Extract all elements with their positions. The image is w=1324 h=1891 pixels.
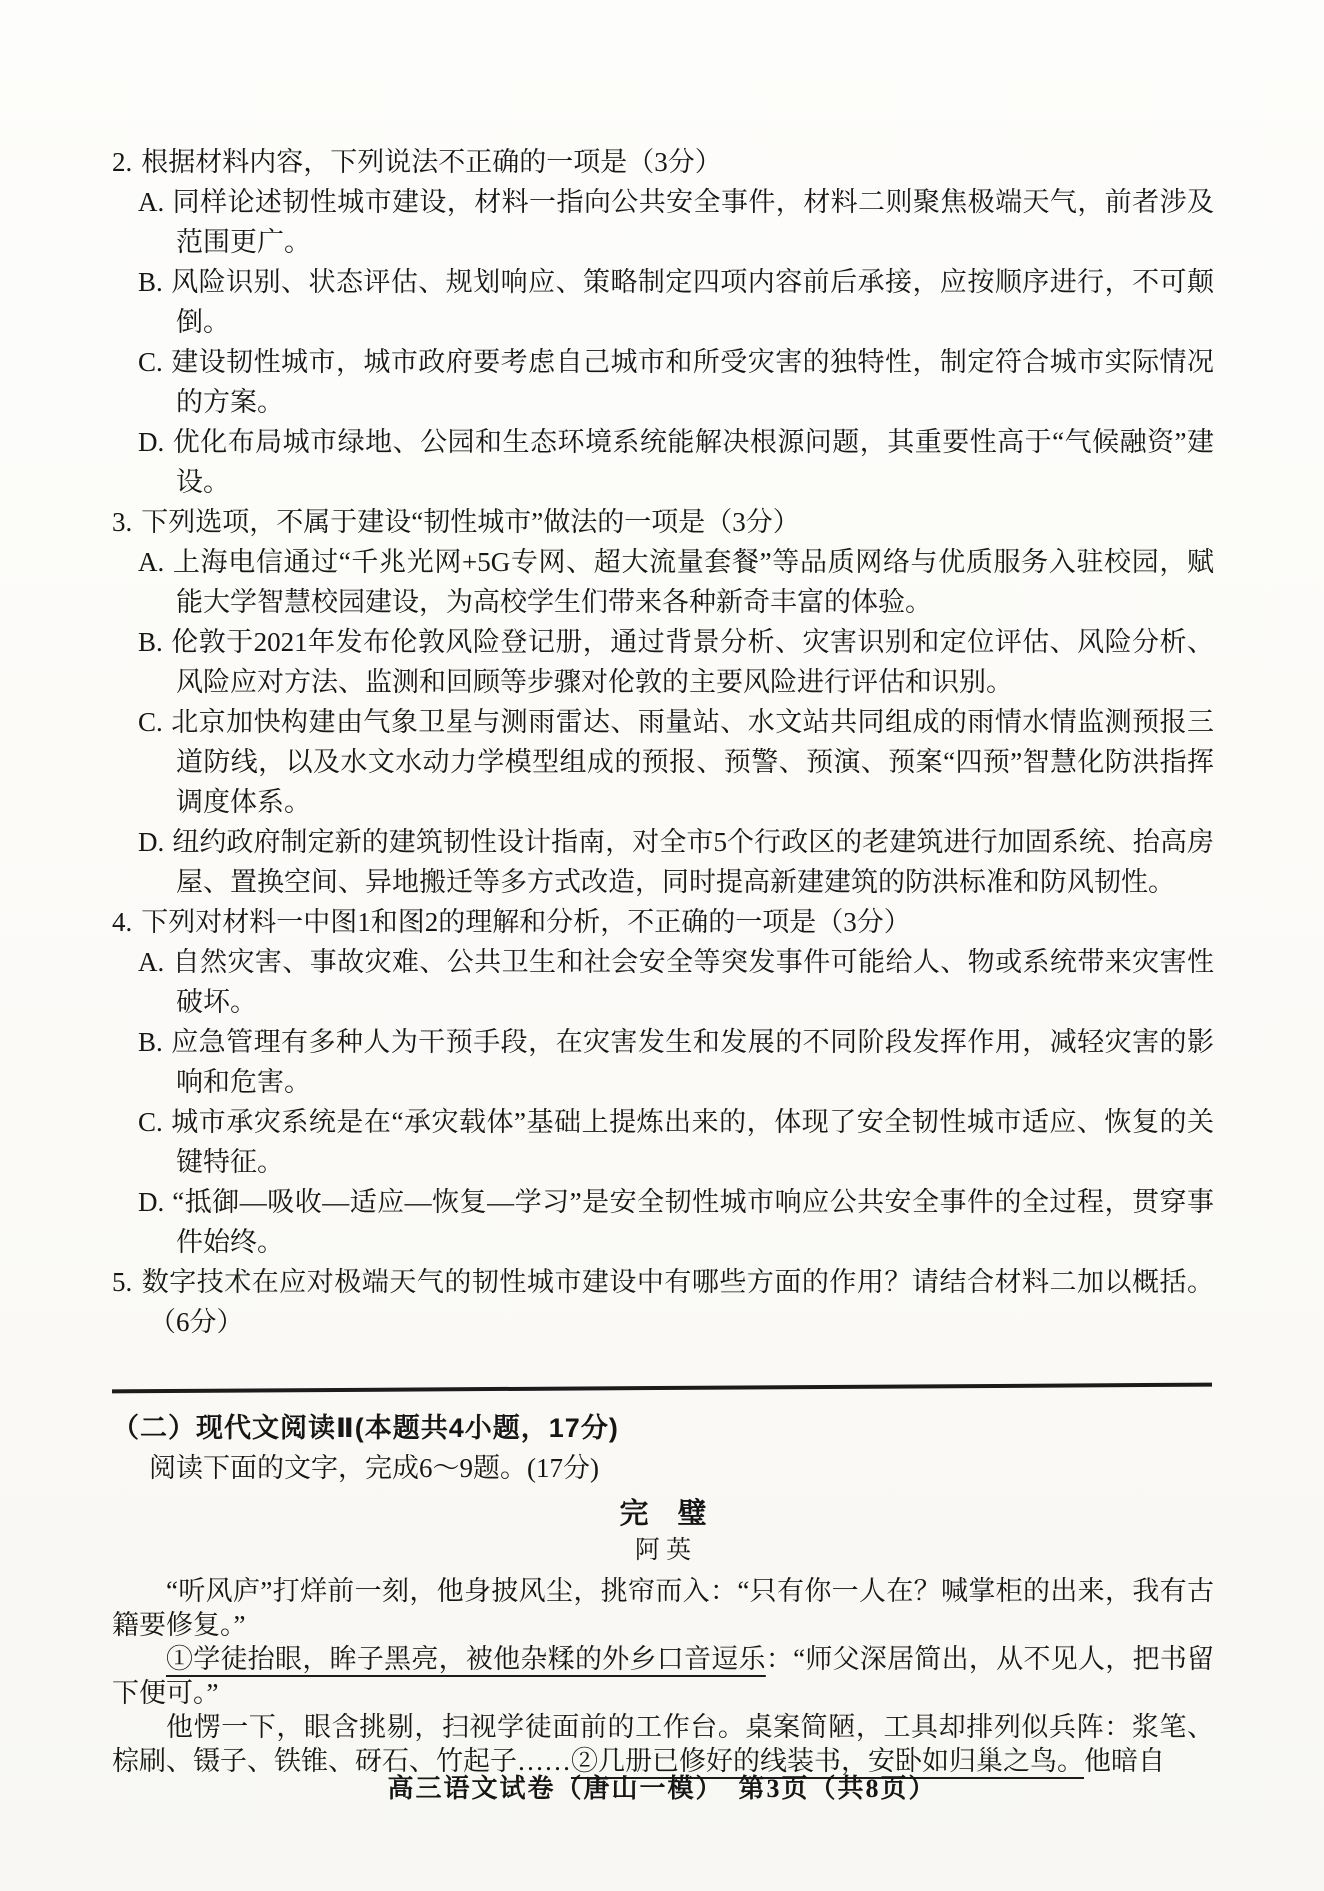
- option-text: 应急管理有多种人为干预手段，在灾害发生和发展的不同阶段发挥作用，减轻灾害的影响和…: [171, 1027, 1214, 1097]
- option-label: C.: [138, 1107, 163, 1137]
- exam-page: 2.根据材料内容，下列说法不正确的一项是（3分） A.同样论述韧性城市建设，材料…: [0, 0, 1324, 1891]
- question-4-option-a: A.自然灾害、事故灾难、公共卫生和社会安全等突发事件可能给人、物或系统带来灾害性…: [112, 942, 1214, 1022]
- question-number: 3.: [112, 507, 132, 537]
- question-2-option-c: C.建设韧性城市，城市政府要考虑自己城市和所受灾害的独特性，制定符合城市实际情况…: [112, 342, 1214, 422]
- question-3-stem: 3.下列选项，不属于建设“韧性城市”做法的一项是（3分）: [112, 502, 1214, 542]
- option-label: C.: [138, 707, 163, 737]
- question-number: 5.: [112, 1267, 132, 1297]
- option-label: A.: [138, 547, 164, 577]
- question-number: 4.: [112, 907, 132, 937]
- page-content: 2.根据材料内容，下列说法不正确的一项是（3分） A.同样论述韧性城市建设，材料…: [112, 142, 1214, 1778]
- question-4-option-d: D.“抵御—吸收—适应—恢复—学习”是安全韧性城市响应公共安全事件的全过程，贯穿…: [112, 1182, 1214, 1262]
- question-4-stem: 4.下列对材料一中图1和图2的理解和分析，不正确的一项是（3分）: [112, 902, 1214, 942]
- question-stem-text: 下列对材料一中图1和图2的理解和分析，不正确的一项是（3分）: [141, 907, 911, 937]
- option-text: 城市承灾系统是在“承灾载体”基础上提炼出来的，体现了安全韧性城市适应、恢复的关键…: [171, 1107, 1214, 1177]
- option-text: 风险识别、状态评估、规划响应、策略制定四项内容前后承接，应按顺序进行，不可颠倒。: [171, 267, 1214, 337]
- question-2-option-d: D.优化布局城市绿地、公园和生态环境系统能解决根源问题，其重要性高于“气候融资”…: [112, 422, 1214, 502]
- question-3: 3.下列选项，不属于建设“韧性城市”做法的一项是（3分） A.上海电信通过“千兆…: [112, 502, 1214, 902]
- passage-author: 阿 英: [112, 1534, 1214, 1568]
- passage-title: 完 璧: [112, 1494, 1214, 1534]
- option-label: B.: [138, 627, 163, 657]
- passage-paragraph-2: ①学徒抬眼，眸子黑亮，被他杂糅的外乡口音逗乐：“师父深居简出，从不见人，把书留下…: [112, 1642, 1214, 1710]
- option-text: 伦敦于2021年发布伦敦风险登记册，通过背景分析、灾害识别和定位评估、风险分析、…: [171, 627, 1214, 697]
- question-stem-text: 数字技术在应对极端天气的韧性城市建设中有哪些方面的作用？请结合材料二加以概括。（…: [141, 1267, 1214, 1337]
- question-2-option-a: A.同样论述韧性城市建设，材料一指向公共安全事件，材料二则聚焦极端天气，前者涉及…: [112, 182, 1214, 262]
- question-3-option-b: B.伦敦于2021年发布伦敦风险登记册，通过背景分析、灾害识别和定位评估、风险分…: [112, 622, 1214, 702]
- passage-paragraph-1: “听风庐”打烊前一刻，他身披风尘，挑帘而入：“只有你一人在？喊掌柜的出来，我有古…: [112, 1574, 1214, 1642]
- option-text: 优化布局城市绿地、公园和生态环境系统能解决根源问题，其重要性高于“气候融资”建设…: [172, 427, 1214, 497]
- option-text: 同样论述韧性城市建设，材料一指向公共安全事件，材料二则聚焦极端天气，前者涉及范围…: [172, 187, 1214, 257]
- section-heading: （二）现代文阅读Ⅱ(本题共4小题，17分): [112, 1408, 1214, 1448]
- reading-instruction: 阅读下面的文字，完成6～9题。(17分): [112, 1448, 1214, 1488]
- option-label: D.: [138, 827, 164, 857]
- question-2-stem: 2.根据材料内容，下列说法不正确的一项是（3分）: [112, 142, 1214, 182]
- option-text: “抵御—吸收—适应—恢复—学习”是安全韧性城市响应公共安全事件的全过程，贯穿事件…: [172, 1187, 1214, 1257]
- question-5-stem: 5.数字技术在应对极端天气的韧性城市建设中有哪些方面的作用？请结合材料二加以概括…: [112, 1262, 1214, 1342]
- choice-questions-section: 2.根据材料内容，下列说法不正确的一项是（3分） A.同样论述韧性城市建设，材料…: [112, 142, 1214, 1342]
- option-text: 建设韧性城市，城市政府要考虑自己城市和所受灾害的独特性，制定符合城市实际情况的方…: [171, 347, 1214, 417]
- option-label: D.: [138, 1187, 164, 1217]
- option-text: 自然灾害、事故灾难、公共卫生和社会安全等突发事件可能给人、物或系统带来灾害性破坏…: [172, 947, 1214, 1017]
- page-footer: 高三语文试卷（唐山一模） 第3页（共8页）: [0, 1768, 1324, 1805]
- question-4: 4.下列对材料一中图1和图2的理解和分析，不正确的一项是（3分） A.自然灾害、…: [112, 902, 1214, 1262]
- question-4-option-b: B.应急管理有多种人为干预手段，在灾害发生和发展的不同阶段发挥作用，减轻灾害的影…: [112, 1022, 1214, 1102]
- option-label: C.: [138, 347, 163, 377]
- option-text: 上海电信通过“千兆光网+5G专网、超大流量套餐”等品质网络与优质服务入驻校园，赋…: [172, 547, 1214, 617]
- option-label: B.: [138, 1027, 163, 1057]
- question-2: 2.根据材料内容，下列说法不正确的一项是（3分） A.同样论述韧性城市建设，材料…: [112, 142, 1214, 502]
- question-3-option-c: C.北京加快构建由气象卫星与测雨雷达、雨量站、水文站共同组成的雨情水情监测预报三…: [112, 702, 1214, 822]
- option-label: D.: [138, 427, 164, 457]
- question-number: 2.: [112, 147, 132, 177]
- underlined-sentence-1: ①学徒抬眼，眸子黑亮，被他杂糅的外乡口音逗乐: [166, 1644, 766, 1674]
- option-text: 北京加快构建由气象卫星与测雨雷达、雨量站、水文站共同组成的雨情水情监测预报三道防…: [171, 707, 1214, 817]
- question-3-option-a: A.上海电信通过“千兆光网+5G专网、超大流量套餐”等品质网络与优质服务入驻校园…: [112, 542, 1214, 622]
- question-stem-text: 下列选项，不属于建设“韧性城市”做法的一项是（3分）: [141, 507, 799, 537]
- question-5: 5.数字技术在应对极端天气的韧性城市建设中有哪些方面的作用？请结合材料二加以概括…: [112, 1262, 1214, 1342]
- reading-section: （二）现代文阅读Ⅱ(本题共4小题，17分) 阅读下面的文字，完成6～9题。(17…: [112, 1408, 1214, 1778]
- section-divider: [112, 1383, 1212, 1394]
- question-2-option-b: B.风险识别、状态评估、规划响应、策略制定四项内容前后承接，应按顺序进行，不可颠…: [112, 262, 1214, 342]
- question-stem-text: 根据材料内容，下列说法不正确的一项是（3分）: [141, 147, 722, 177]
- option-label: B.: [138, 267, 163, 297]
- question-4-option-c: C.城市承灾系统是在“承灾载体”基础上提炼出来的，体现了安全韧性城市适应、恢复的…: [112, 1102, 1214, 1182]
- option-text: 纽约政府制定新的建筑韧性设计指南，对全市5个行政区的老建筑进行加固系统、抬高房屋…: [172, 827, 1214, 897]
- paragraph-text: “听风庐”打烊前一刻，他身披风尘，挑帘而入：“只有你一人在？喊掌柜的出来，我有古…: [112, 1576, 1214, 1640]
- question-3-option-d: D.纽约政府制定新的建筑韧性设计指南，对全市5个行政区的老建筑进行加固系统、抬高…: [112, 822, 1214, 902]
- option-label: A.: [138, 187, 164, 217]
- option-label: A.: [138, 947, 164, 977]
